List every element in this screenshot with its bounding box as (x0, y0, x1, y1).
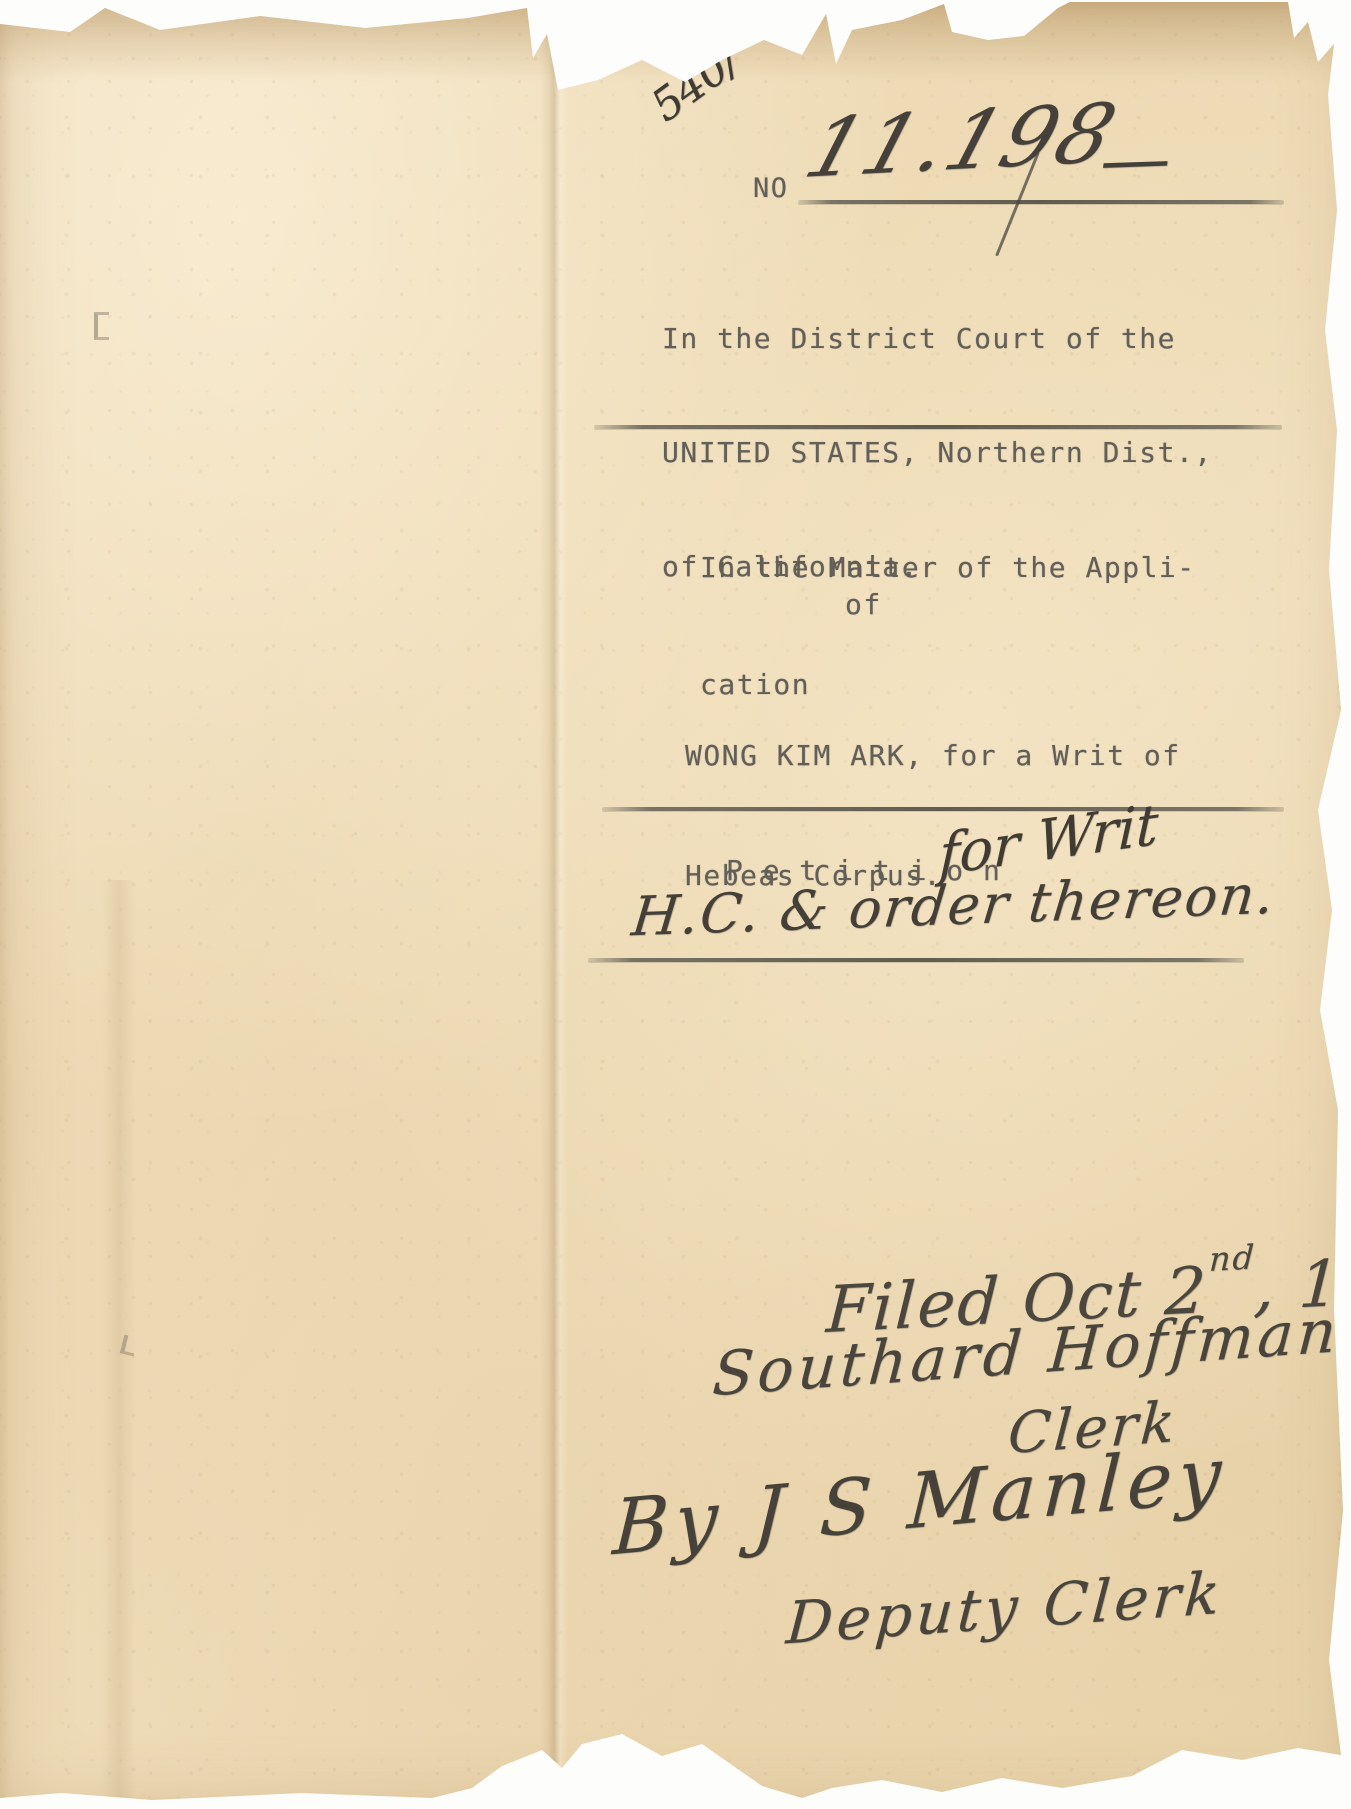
case-number-underline (798, 200, 1284, 204)
separator-rule-upper (594, 425, 1282, 429)
case-caption-line-1: In the Matter of the Appli- (700, 548, 1196, 587)
handwritten-docket-number: 540/ (642, 35, 749, 132)
paper-sheet: 540/ NO 11.198 — In the District Court o… (0, 0, 1351, 1809)
document-scan: 540/ NO 11.198 — In the District Court o… (0, 0, 1351, 1809)
separator-rule-middle (602, 807, 1284, 811)
petitioner-line-1: WONG KIM ARK, for a Writ of (685, 736, 1181, 776)
court-heading-line-2: UNITED STATES, Northern Dist., (662, 434, 1213, 472)
ink-smudge (94, 312, 109, 340)
deputy-signature: By J S Manley (611, 1429, 1229, 1572)
handwritten-case-number: 11.198 (795, 86, 1129, 197)
case-number-label: NO (753, 170, 789, 208)
case-caption-connector: of (845, 586, 882, 624)
court-heading-line-1: In the District Court of the (662, 320, 1213, 358)
separator-rule-lower (588, 958, 1244, 962)
filed-date-ordinal: nd (1208, 1238, 1257, 1280)
handwritten-dash: — (1099, 117, 1172, 201)
fold-crease (540, 0, 568, 1809)
ink-smudge (120, 1335, 138, 1357)
deputy-clerk-title: Deputy Clerk (784, 1558, 1226, 1657)
paper-top-edge-shading (0, 0, 1351, 82)
